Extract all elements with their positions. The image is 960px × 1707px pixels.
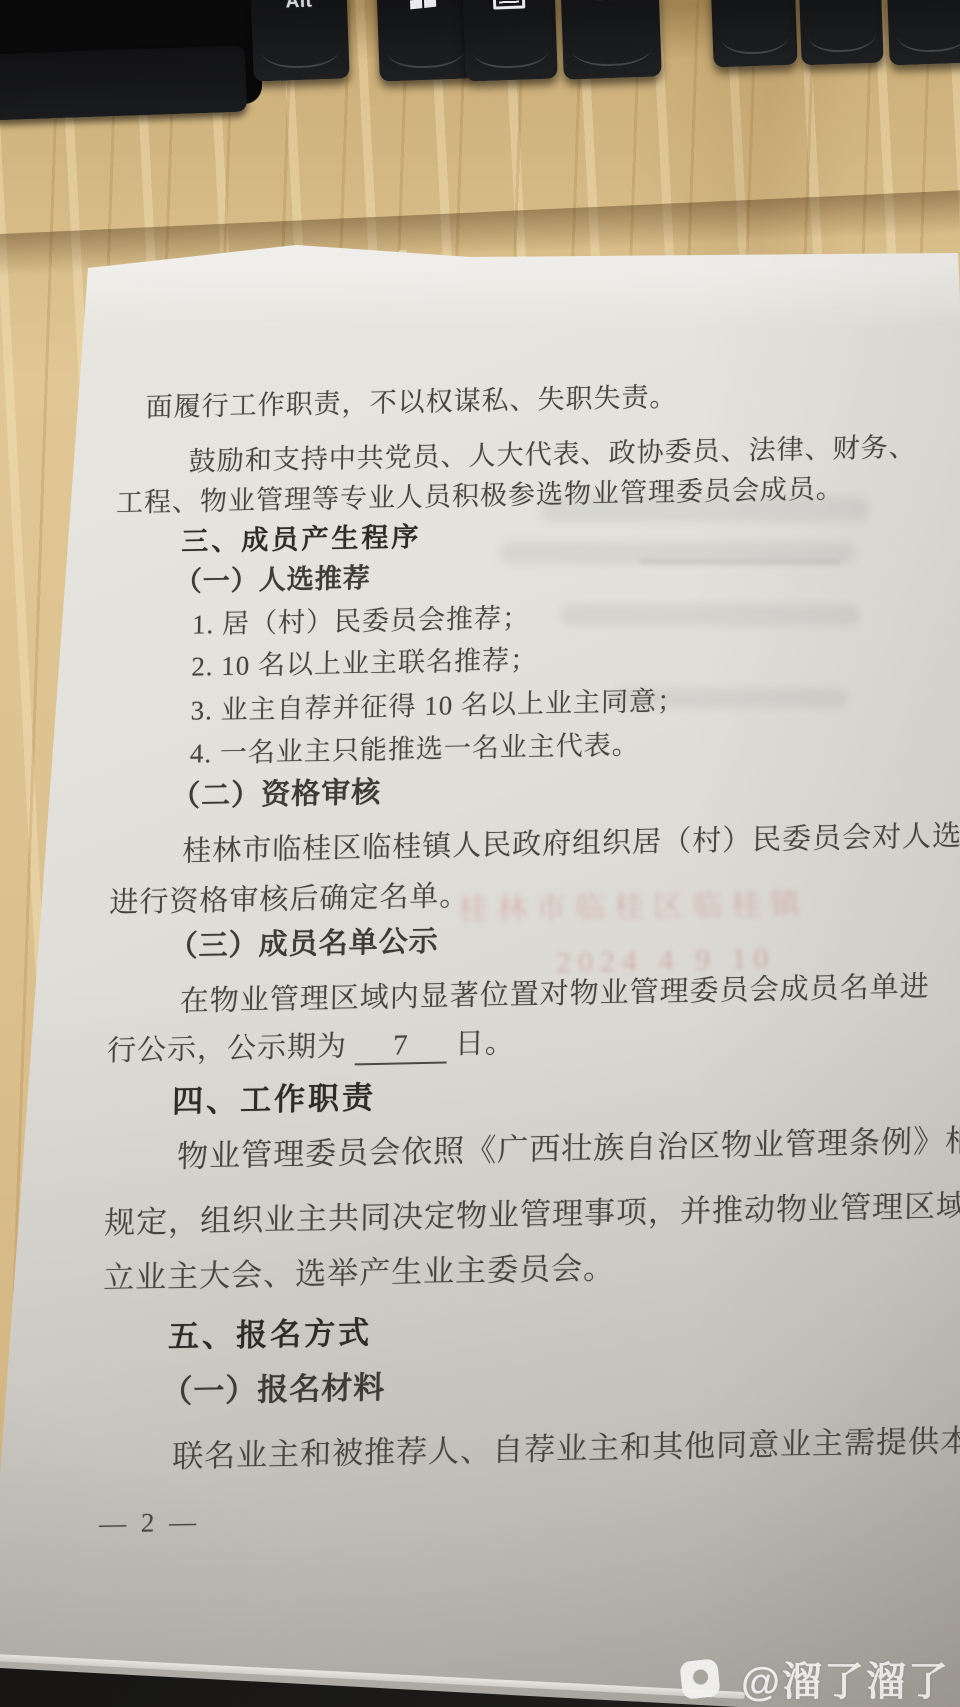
watermark: @溜了溜了 [681,1650,950,1707]
key-arrow-right: → [886,0,960,66]
spacebar-key-partial [0,46,247,121]
key-menu [462,0,558,82]
key-arrow-left: ← [710,0,797,67]
key-alt-label: Alt [251,0,348,15]
key-ctrl: Ctrl [560,0,662,80]
context-menu-icon [493,0,526,10]
text-line: 在物业管理区域内显著位置对物业管理委员会成员名单进 [107,967,900,1023]
watermark-handle: @溜了溜了 [741,1650,950,1707]
text-line: 桂林市临桂区临桂镇人民政府组织居（村）民委员会对人选 [110,817,903,873]
text-line: 联名业主和被推荐人、自荐业主和其他同意业主需提供本人 [100,1423,893,1479]
filled-blank-value: 7 [355,1028,448,1066]
text-line: 立业主大会、选举产生业主委员会。 [103,1243,896,1299]
text-line: 四、工作职责 [106,1067,899,1123]
key-win [376,0,474,82]
text-segment: 日。 [455,1027,516,1060]
key-alt: Alt [250,0,349,82]
text-line: （一）报名材料 [101,1358,894,1414]
key-ctrl-label: Ctrl [561,0,660,7]
text-line: 物业管理委员会依照《广西壮族自治区物业管理条例》相关 [105,1123,898,1179]
key-arrow-down: ↓ [798,0,883,65]
text-line: 五、报名方式 [102,1303,895,1359]
arrow-left-icon: ← [710,0,795,2]
watermark-logo-icon [679,1658,721,1700]
text-line: 行公示，公示期为7日。 [107,1015,900,1071]
windows-logo-icon [410,0,437,9]
text-segment: 行公示，公示期为 [107,1031,347,1068]
text-line: 规定，组织业主共同决定物业管理事项，并推动物业管理区域成 [104,1188,897,1244]
document-text: 面履行工作职责，不以权谋私、失职失责。鼓励和支持中共党员、人大代表、政协委员、法… [99,372,910,1544]
